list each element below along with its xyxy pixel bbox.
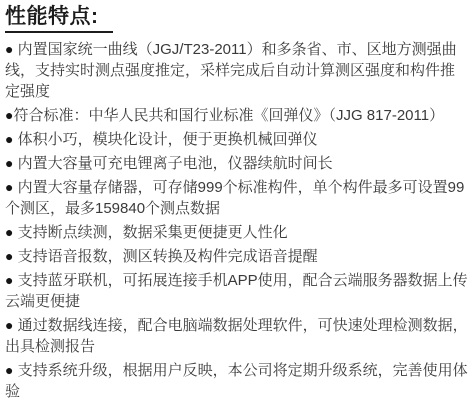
feature-text: 通过数据线连接，配合电脑端数据处理软件，可快速处理检测数据，出具检测报告 — [5, 317, 468, 355]
feature-text: 符合标准：中华人民共和国行业标准《回弹仪》（JJG 817-2011） — [13, 107, 444, 124]
feature-item: ● 内置大容量可充电锂离子电池，仪器续航时间长 — [5, 153, 469, 174]
feature-text: 支持蓝牙联机，可拓展连接手机APP使用，配合云端服务器数据上传云端更便捷 — [5, 272, 468, 310]
feature-text: 内置国家统一曲线（JGJ/T23-2011）和多条省、市、区地方测强曲线，支持实… — [5, 41, 457, 100]
feature-item: ● 支持系统升级，根据用户反映，本公司将定期升级系统，完善使用体验 — [5, 360, 469, 399]
page-title: 性能特点: — [5, 5, 113, 33]
feature-item: ● 支持蓝牙联机，可拓展连接手机APP使用，配合云端服务器数据上传云端更便捷 — [5, 270, 469, 312]
feature-text: 内置大容量可充电锂离子电池，仪器续航时间长 — [13, 155, 332, 172]
feature-item: ● 内置大容量存储器，可存储999个标准构件，单个构件最多可设置99个测区，最多… — [5, 177, 469, 219]
feature-item: ● 通过数据线连接，配合电脑端数据处理软件，可快速处理检测数据，出具检测报告 — [5, 315, 469, 357]
feature-item: ● 内置国家统一曲线（JGJ/T23-2011）和多条省、市、区地方测强曲线，支… — [5, 39, 469, 102]
feature-item: ●符合标准：中华人民共和国行业标准《回弹仪》（JJG 817-2011） — [5, 105, 469, 126]
feature-item: ● 支持语音报数，测区转换及构件完成语音提醒 — [5, 246, 469, 267]
feature-text: 内置大容量存储器，可存储999个标准构件，单个构件最多可设置99个测区，最多15… — [5, 179, 464, 217]
feature-list: ● 内置国家统一曲线（JGJ/T23-2011）和多条省、市、区地方测强曲线，支… — [5, 39, 469, 399]
feature-text: 支持断点续测，数据采集更便捷更人性化 — [13, 224, 287, 241]
feature-text: 支持系统升级，根据用户反映，本公司将定期升级系统，完善使用体验 — [5, 362, 468, 399]
feature-item: ● 支持断点续测，数据采集更便捷更人性化 — [5, 222, 469, 243]
feature-text: 体积小巧，模块化设计，便于更换机械回弹仪 — [13, 131, 317, 148]
feature-text: 支持语音报数，测区转换及构件完成语音提醒 — [13, 248, 317, 265]
feature-item: ● 体积小巧，模块化设计，便于更换机械回弹仪 — [5, 129, 469, 150]
feature-sheet: 性能特点: ● 内置国家统一曲线（JGJ/T23-2011）和多条省、市、区地方… — [0, 0, 472, 399]
